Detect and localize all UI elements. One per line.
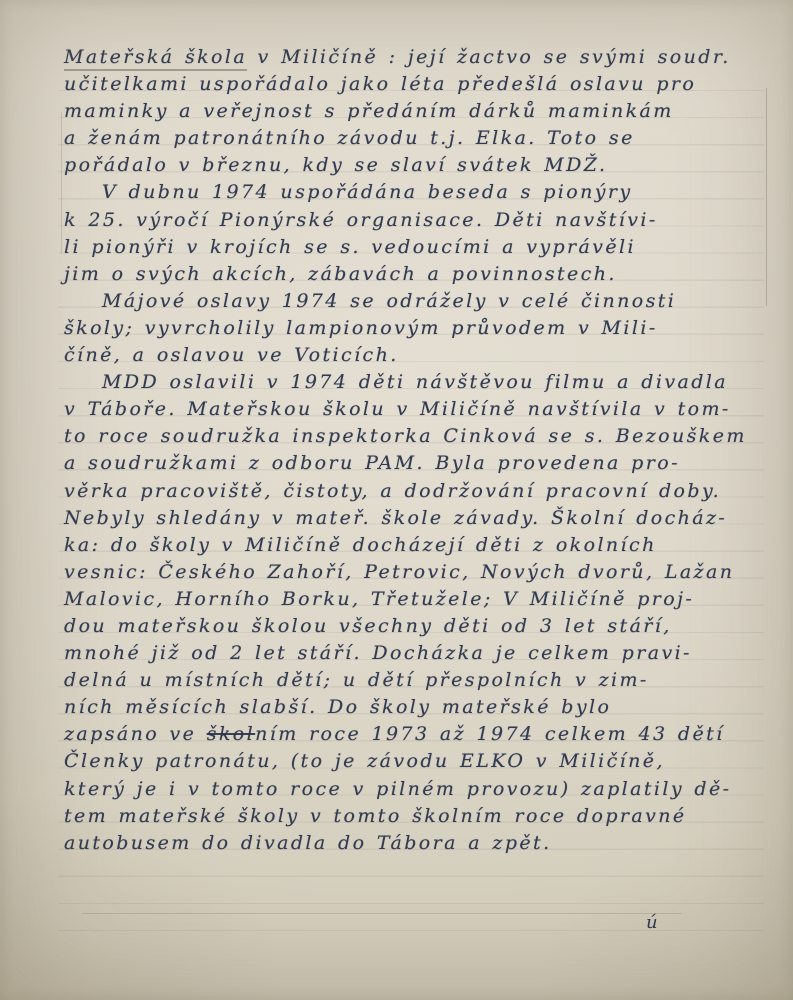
handwritten-line: Členky patronátu, (to je závodu ELKO v M… (64, 748, 764, 775)
handwritten-line: a ženám patronátního závodu t.j. Elka. T… (64, 125, 764, 152)
handwritten-line: Nebyly shledány v mateř. škole závady. Š… (64, 505, 764, 532)
handwritten-line: učitelkami uspořádalo jako léta předešlá… (64, 71, 764, 98)
handwritten-line: tem mateřské školy v tomto školním roce … (64, 803, 764, 830)
handwritten-line: ních měsících slabší. Do školy mateřské … (64, 694, 764, 721)
handwritten-line: Malovic, Horního Borku, Třetužele; V Mil… (64, 586, 764, 613)
handwritten-line: Mateřská škola v Miličíně : její žactvo … (64, 44, 764, 71)
handwritten-line: to roce soudružka inspektorka Cinková se… (64, 423, 764, 450)
handwritten-line: věrka pracoviště, čistoty, a dodržování … (64, 478, 764, 505)
handwritten-line: dou mateřskou školou všechny děti od 3 l… (64, 613, 764, 640)
line-text: v Miličíně : její žactvo se svými soudr. (247, 46, 731, 68)
handwritten-line: zapsáno ve školním roce 1973 až 1974 cel… (64, 721, 764, 748)
handwritten-line: v Táboře. Mateřskou školu v Miličíně nav… (64, 396, 764, 423)
text-block: Mateřská škola v Miličíně : její žactvo … (64, 44, 764, 857)
right-margin-pencil-line (766, 88, 767, 306)
page-heading: Mateřská škola (64, 46, 247, 71)
handwritten-line: delná u místních dětí; u dětí přespolníc… (64, 667, 764, 694)
handwritten-line: a soudružkami z odboru PAM. Byla provede… (64, 450, 764, 477)
line-text: ním roce 1973 až 1974 celkem 43 dětí (255, 723, 725, 745)
handwritten-line: vesnic: Českého Zahoří, Petrovic, Nových… (64, 559, 764, 586)
handwritten-line: pořádalo v březnu, kdy se slaví svátek M… (64, 152, 764, 179)
handwritten-line: autobusem do divadla do Tábora a zpět. (64, 830, 764, 857)
left-margin-pencil-line (61, 112, 62, 254)
handwritten-line: školy; vyvrcholily lampionovým průvodem … (64, 315, 764, 342)
handwritten-line: číně, a oslavou ve Voticích. (64, 342, 764, 369)
handwritten-line: mnohé již od 2 let stáří. Docházka je ce… (64, 640, 764, 667)
handwritten-line: který je i v tomto roce v pilném provozu… (64, 776, 764, 803)
struck-word: škol (207, 723, 255, 745)
handwritten-line: li pionýři v krojích se s. vedoucími a v… (64, 234, 764, 261)
scanned-chronicle-page: Mateřská škola v Miličíně : její žactvo … (0, 0, 793, 1000)
handwritten-line: jim o svých akcích, zábavách a povinnost… (64, 261, 764, 288)
handwritten-line: maminky a veřejnost s předáním dárků mam… (64, 98, 764, 125)
handwritten-line: V dubnu 1974 uspořádána beseda s pionýry (64, 179, 764, 206)
bottom-pencil-line (82, 913, 682, 914)
handwritten-line: MDD oslavili v 1974 děti návštěvou filmu… (64, 369, 764, 396)
handwritten-line: ka: do školy v Miličíně docházejí děti z… (64, 532, 764, 559)
handwritten-line: k 25. výročí Pionýrské organisace. Děti … (64, 207, 764, 234)
ink-tick-mark: ú (646, 912, 658, 933)
line-text: zapsáno ve (64, 723, 207, 745)
handwritten-line: Májové oslavy 1974 se odrážely v celé či… (64, 288, 764, 315)
